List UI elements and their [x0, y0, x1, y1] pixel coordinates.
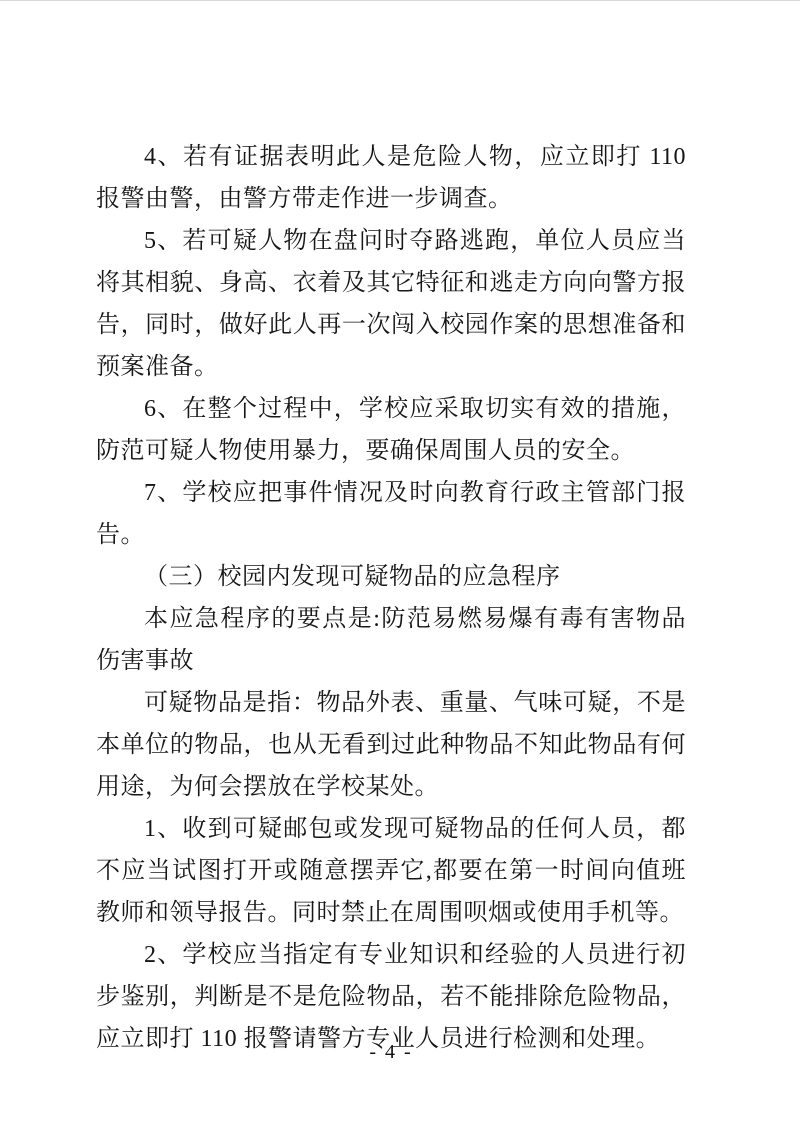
paragraph-item-1: 1、收到可疑邮包或发现可疑物品的任何人员，都不应当试图打开或随意摆弄它,都要在第…: [96, 808, 686, 934]
paragraph-item-6: 6、在整个过程中，学校应采取切实有效的措施，防范可疑人物使用暴力，要确保周围人员…: [96, 388, 686, 472]
paragraph-item-7: 7、学校应把事件情况及时向教育行政主管部门报告。: [96, 472, 686, 556]
paragraph-definition: 可疑物品是指：物品外表、重量、气味可疑，不是本单位的物品，也从无看到过此种物品不…: [96, 682, 686, 808]
document-page: 4、若有证据表明此人是危险人物，应立即打 110 报警由警，由警方带走作进一步调…: [0, 0, 800, 1132]
paragraph-key-points: 本应急程序的要点是:防范易燃易爆有毒有害物品伤害事故: [96, 598, 686, 682]
paragraph-item-4: 4、若有证据表明此人是危险人物，应立即打 110 报警由警，由警方带走作进一步调…: [96, 136, 686, 220]
page-number: - 4 -: [96, 1041, 686, 1064]
section-heading-3: （三）校园内发现可疑物品的应急程序: [96, 556, 686, 598]
document-body: 4、若有证据表明此人是危险人物，应立即打 110 报警由警，由警方带走作进一步调…: [96, 136, 686, 1060]
paragraph-item-5: 5、若可疑人物在盘问时夺路逃跑，单位人员应当将其相貌、身高、衣着及其它特征和逃走…: [96, 220, 686, 388]
